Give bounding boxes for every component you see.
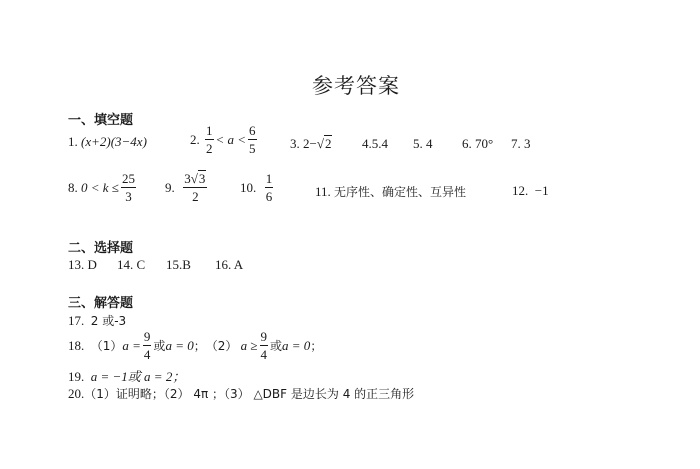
answer-15: 15.B <box>166 257 191 273</box>
fraction: 65 <box>248 124 257 155</box>
answer-17: 17. 2 或-3 <box>68 312 126 329</box>
section-heading-solution: 三、解答题 <box>68 292 133 311</box>
answer-14: 14. C <box>117 257 145 273</box>
answer-13: 13. D <box>68 257 97 273</box>
answer-9: 9. 3√32 <box>165 172 209 203</box>
fraction: 253 <box>121 172 136 203</box>
fraction: 3√32 <box>183 172 207 203</box>
answer-16: 16. A <box>215 257 243 273</box>
answer-4: 4.5.4 <box>362 136 388 152</box>
answer-7: 7. 3 <box>511 136 531 152</box>
fraction: 12 <box>205 124 214 155</box>
section-heading-fill-in: 一、填空题 <box>68 109 133 128</box>
answer-1: 1. (x+2)(3−4x) <box>68 134 147 150</box>
answer-8: 8. 0 < k ≤ 253 <box>68 172 138 203</box>
answer-6: 6. 70° <box>462 136 493 152</box>
answer-19: 19. a = −1或 a = 2； <box>68 366 185 385</box>
answer-12: 12. −1 <box>512 183 549 199</box>
fraction: 16 <box>265 172 274 203</box>
answer-10: 10. 16 <box>240 172 275 203</box>
answer-5: 5. 4 <box>413 136 433 152</box>
page-title: 参考答案 <box>312 70 400 100</box>
fraction: 94 <box>260 330 269 361</box>
answer-20: 20.（1）证明略；（2） 4π ；（3） △DBF 是边长为 4 的正三角形 <box>68 385 414 402</box>
answer-18: 18. （1） a = 94 或 a = 0 ； （2） a ≥ 94 或 a … <box>68 330 322 361</box>
answer-3: 3. 2−√2 <box>290 136 332 152</box>
fraction: 94 <box>143 330 152 361</box>
section-heading-choice: 二、选择题 <box>68 237 133 256</box>
answer-11: 11. 无序性、确定性、互异性 <box>315 183 466 200</box>
answer-2: 2. 12 < a < 65 <box>190 124 259 155</box>
